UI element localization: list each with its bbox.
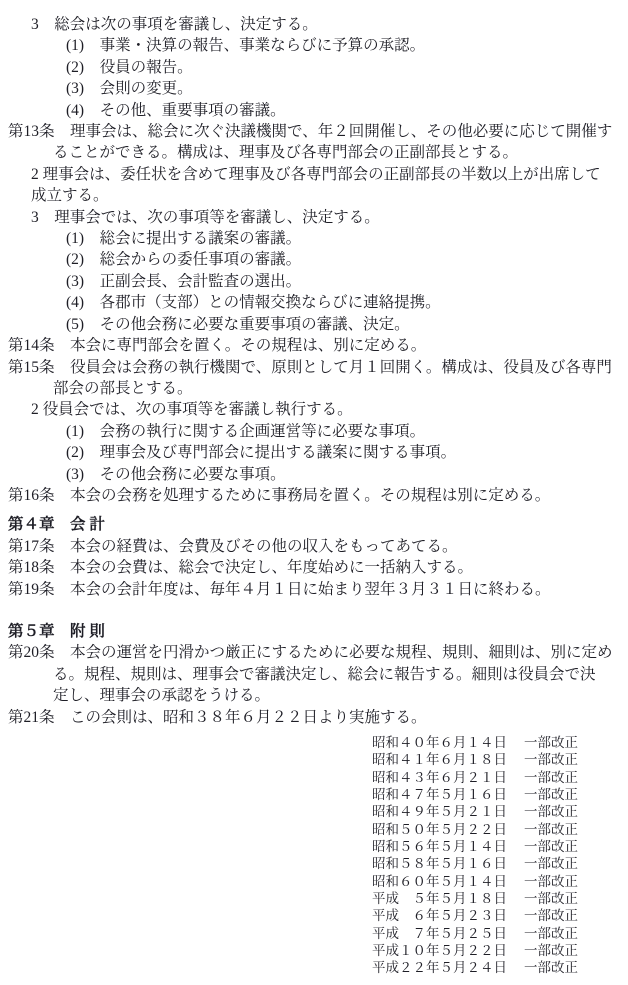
amendment-note: 一部改正 (524, 803, 578, 820)
amendment-date: 平成 ７年５月２５日 (372, 925, 507, 942)
doc-line: 成立する。 (0, 185, 628, 206)
amendment-row: 昭和４１年６月１８日一部改正 (372, 751, 578, 768)
doc-line: 2 役員会では、次の事項等を審議し執行する。 (0, 399, 628, 420)
amendment-note: 一部改正 (524, 838, 578, 855)
doc-line: 第20条 本会の運営を円滑かつ厳正にするために必要な規程、規則、細則は、別に定め (0, 642, 628, 663)
amendment-date: 昭和４９年５月２１日 (372, 803, 507, 820)
amendment-date: 平成１０年５月２２日 (372, 942, 507, 959)
amendment-row: 平成１０年５月２２日一部改正 (372, 942, 578, 959)
amendment-date: 昭和４１年６月１８日 (372, 751, 507, 768)
amendment-row: 昭和４０年６月１４日一部改正 (372, 734, 578, 751)
doc-line: 3 理事会では、次の事項等を審議し、決定する。 (0, 207, 628, 228)
amendment-note: 一部改正 (524, 751, 578, 768)
amendment-note: 一部改正 (524, 925, 578, 942)
doc-line: (1) 会務の執行に関する企画運営等に必要な事項。 (0, 421, 628, 442)
amendment-row: 昭和４７年５月１６日一部改正 (372, 786, 578, 803)
doc-line: 第14条 本会に専門部会を置く。その規程は、別に定める。 (0, 335, 628, 356)
doc-line: (3) 正副会長、会計監査の選出。 (0, 271, 628, 292)
amendment-history-list: 昭和４０年６月１４日一部改正昭和４１年６月１８日一部改正昭和４３年６月２１日一部… (372, 734, 578, 977)
doc-line: 第16条 本会の会務を処理するために事務局を置く。その規程は別に定める。 (0, 485, 628, 506)
doc-line: 第13条 理事会は、総会に次ぐ決議機関で、年２回開催し、その他必要に応じて開催す (0, 121, 628, 142)
amendment-note: 一部改正 (524, 821, 578, 838)
doc-line: 2 理事会は、委任状を含めて理事及び各専門部会の正副部長の半数以上が出席して (0, 164, 628, 185)
amendment-date: 昭和４０年６月１４日 (372, 734, 507, 751)
amendment-note: 一部改正 (524, 855, 578, 872)
amendment-note: 一部改正 (524, 734, 578, 751)
doc-line: 第17条 本会の経費は、会費及びその他の収入をもってあてる。 (0, 536, 628, 557)
amendment-row: 平成２２年５月２４日一部改正 (372, 959, 578, 976)
doc-line: (1) 総会に提出する議案の審議。 (0, 228, 628, 249)
document-page: 3 総会は次の事項を審議し、決定する。(1) 事業・決算の報告、事業ならびに予算… (0, 0, 628, 985)
amendment-date: 昭和５８年５月１６日 (372, 855, 507, 872)
amendment-row: 昭和６０年５月１４日一部改正 (372, 873, 578, 890)
amendment-note: 一部改正 (524, 873, 578, 890)
amendment-row: 昭和５６年５月１４日一部改正 (372, 838, 578, 855)
doc-line: (4) 各郡市（支部）との情報交換ならびに連絡提携。 (0, 292, 628, 313)
doc-line: (5) その他会務に必要な重要事項の審議、決定。 (0, 314, 628, 335)
doc-line: ることができる。構成は、理事及び各専門部会の正副部長とする。 (0, 142, 628, 163)
doc-line: (2) 理事会及び専門部会に提出する議案に関する事項。 (0, 442, 628, 463)
chapter-heading: 第５章 附 則 (0, 621, 628, 642)
amendment-note: 一部改正 (524, 786, 578, 803)
bylaws-text-body: 3 総会は次の事項を審議し、決定する。(1) 事業・決算の報告、事業ならびに予算… (0, 14, 628, 728)
amendment-date: 平成 ６年５月２３日 (372, 907, 507, 924)
amendment-note: 一部改正 (524, 769, 578, 786)
doc-line: (2) 役員の報告。 (0, 57, 628, 78)
amendment-row: 平成 ６年５月２３日一部改正 (372, 907, 578, 924)
amendment-date: 平成 ５年５月１８日 (372, 890, 507, 907)
doc-line: (2) 総会からの委任事項の審議。 (0, 249, 628, 270)
amendment-date: 昭和５０年５月２２日 (372, 821, 507, 838)
amendment-row: 昭和４３年６月２１日一部改正 (372, 769, 578, 786)
amendment-date: 昭和４７年５月１６日 (372, 786, 507, 803)
doc-line: る。規程、規則は、理事会で審議決定し、総会に報告する。細則は役員会で決 (0, 664, 628, 685)
doc-line: 定し、理事会の承認をうける。 (0, 685, 628, 706)
amendment-date: 昭和５６年５月１４日 (372, 838, 507, 855)
doc-line: 第18条 本会の会費は、総会で決定し、年度始めに一括納入する。 (0, 557, 628, 578)
amendment-row: 昭和４９年５月２１日一部改正 (372, 803, 578, 820)
doc-line: 第21条 この会則は、昭和３８年６月２２日より実施する。 (0, 707, 628, 728)
chapter-heading: 第４章 会 計 (0, 514, 628, 535)
amendment-date: 昭和６０年５月１４日 (372, 873, 507, 890)
amendment-row: 昭和５８年５月１６日一部改正 (372, 855, 578, 872)
amendment-note: 一部改正 (524, 942, 578, 959)
amendment-date: 平成２２年５月２４日 (372, 959, 507, 976)
doc-line: 3 総会は次の事項を審議し、決定する。 (0, 14, 628, 35)
doc-line: 部会の部長とする。 (0, 378, 628, 399)
doc-line: (3) その他会務に必要な事項。 (0, 464, 628, 485)
amendment-note: 一部改正 (524, 907, 578, 924)
doc-line: (3) 会則の変更。 (0, 78, 628, 99)
amendment-note: 一部改正 (524, 890, 578, 907)
amendment-note: 一部改正 (524, 959, 578, 976)
doc-line: 第15条 役員会は会務の執行機関で、原則として月１回開く。構成は、役員及び各専門 (0, 357, 628, 378)
doc-line: (4) その他、重要事項の審議。 (0, 100, 628, 121)
amendment-date: 昭和４３年６月２１日 (372, 769, 507, 786)
amendment-row: 平成 ７年５月２５日一部改正 (372, 925, 578, 942)
amendment-row: 平成 ５年５月１８日一部改正 (372, 890, 578, 907)
doc-line: 第19条 本会の会計年度は、毎年４月１日に始まり翌年３月３１日に終わる。 (0, 579, 628, 600)
amendment-row: 昭和５０年５月２２日一部改正 (372, 821, 578, 838)
doc-line: (1) 事業・決算の報告、事業ならびに予算の承認。 (0, 35, 628, 56)
